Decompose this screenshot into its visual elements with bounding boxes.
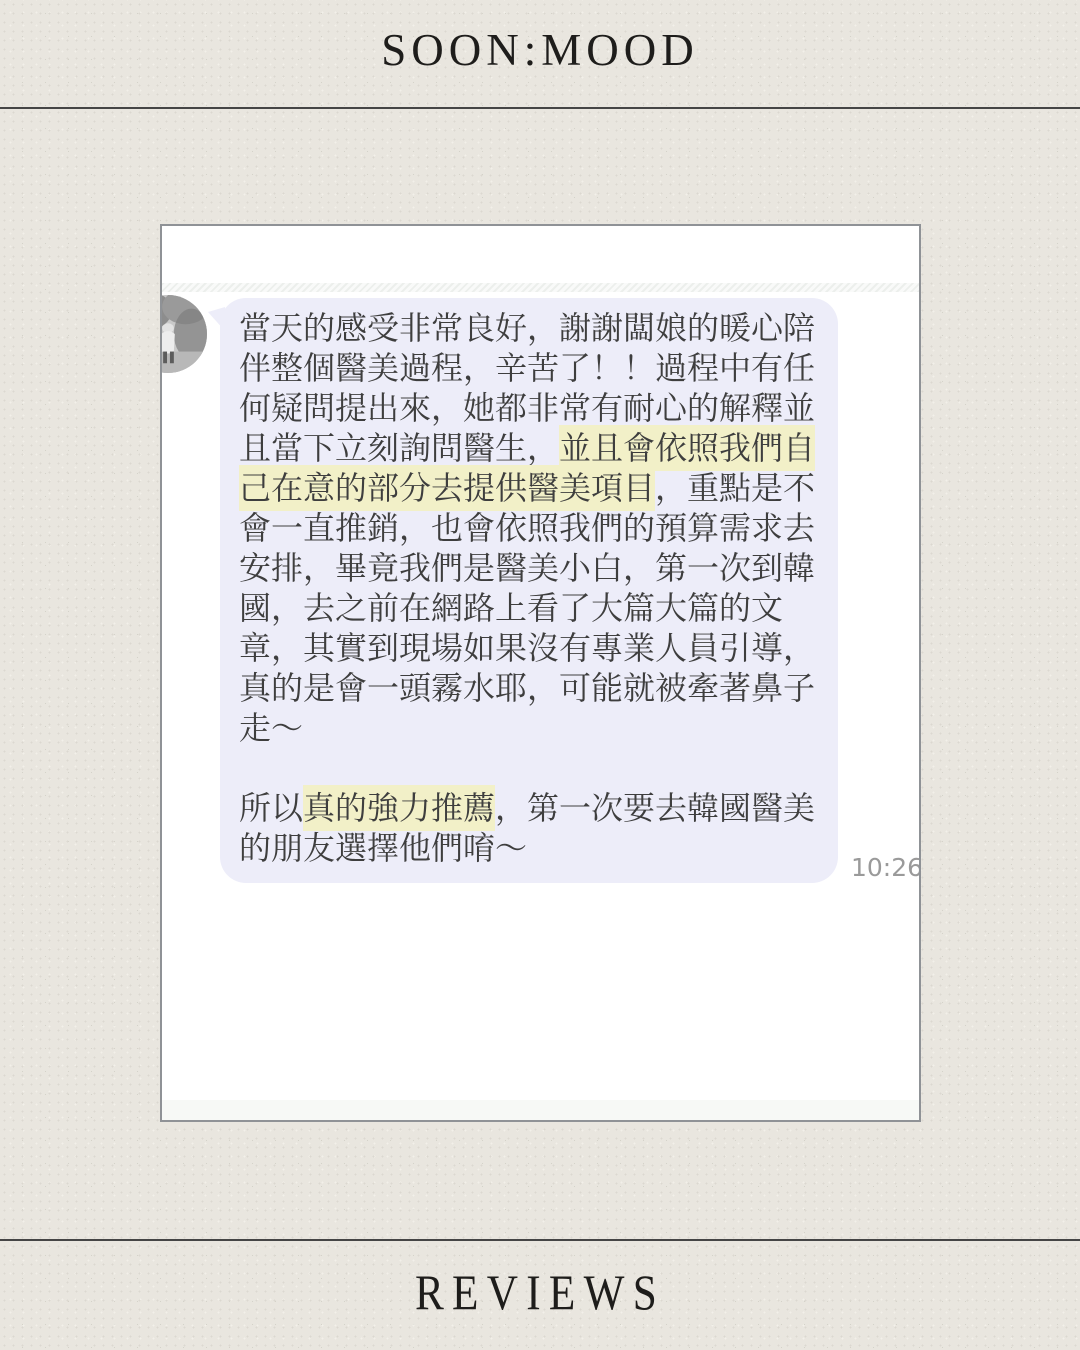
chat-message-row: 當天的感受非常良好，謝謝闆娘的暖心陪伴整個醫美過程，辛苦了！！過程中有任何疑問提… bbox=[220, 298, 921, 883]
chat-wallpaper-band bbox=[162, 283, 919, 292]
avatar bbox=[160, 295, 207, 373]
message-bubble: 當天的感受非常良好，謝謝闆娘的暖心陪伴整個醫美過程，辛苦了！！過程中有任何疑問提… bbox=[220, 298, 838, 883]
top-divider bbox=[0, 107, 1080, 109]
message-segment: 所以 bbox=[239, 789, 303, 827]
bottom-divider bbox=[0, 1239, 1080, 1241]
message-text: 當天的感受非常良好，謝謝闆娘的暖心陪伴整個醫美過程，辛苦了！！過程中有任何疑問提… bbox=[239, 308, 819, 868]
highlighted-text: 真的強力推薦 bbox=[303, 785, 495, 831]
avatar-photo bbox=[160, 295, 207, 373]
card-bottom-band bbox=[162, 1100, 919, 1120]
page-background: SOON:MOOD 當天的感受非常良好，謝謝闆娘的暖心陪伴整個醫美過程，辛苦了！… bbox=[0, 0, 1080, 1350]
chat-screenshot-card: 當天的感受非常良好，謝謝闆娘的暖心陪伴整個醫美過程，辛苦了！！過程中有任何疑問提… bbox=[160, 224, 921, 1122]
message-segment: ，重點是不會一直推銷，也會依照我們的預算需求去安排，畢竟我們是醫美小白，第一次到… bbox=[239, 469, 815, 747]
message-timestamp: 10:26 bbox=[851, 853, 921, 883]
brand-title: SOON:MOOD bbox=[0, 24, 1080, 76]
footer-label: REVIEWS bbox=[43, 1265, 1037, 1322]
